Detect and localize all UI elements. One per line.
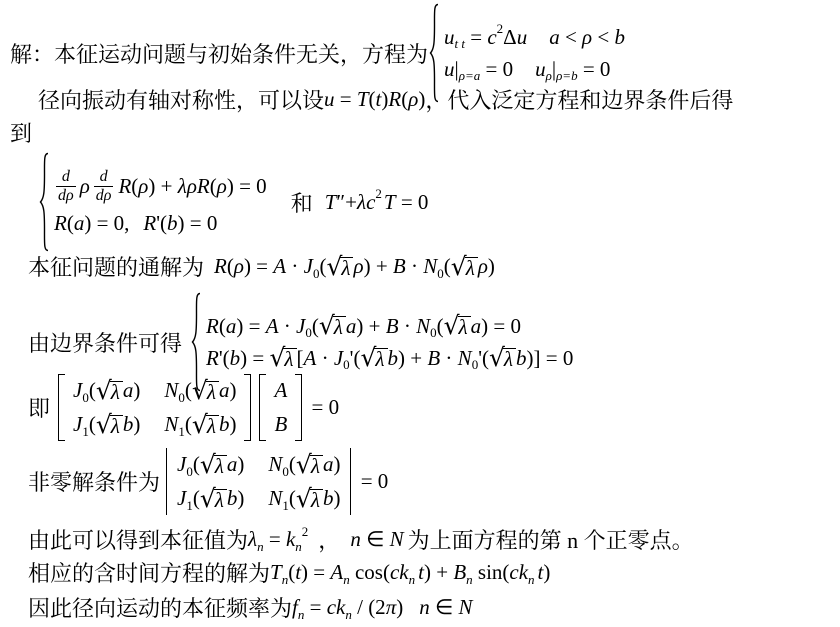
equation-row: ut t = c2Δua < ρ < b xyxy=(444,25,625,50)
matrix-cells: J0(√λa)N0(√λa)J1(√λb)N1(√λb) xyxy=(169,448,348,515)
text-run: 由边界条件可得 xyxy=(28,327,182,358)
math-variable: u xyxy=(324,87,335,112)
subscript: 0 xyxy=(82,390,89,406)
separation-of-variables-line: 径向振动有轴对称性，可以设u = T(t)R(ρ)，代入泛定方程和边界条件后得 xyxy=(38,84,733,115)
math-run: ( xyxy=(288,560,295,585)
math-run: = 0 xyxy=(480,57,513,82)
math-variable: J xyxy=(177,486,186,511)
radical: √λ xyxy=(269,347,296,369)
math-run: < xyxy=(560,25,582,50)
math-variable: u xyxy=(444,57,455,82)
general-solution-line: 本征问题的通解为R(ρ) = A · J0(√λρ) + B · N0(√λρ) xyxy=(28,251,495,282)
matrix-cell: J0(√λa) xyxy=(73,378,140,403)
math-variable: ck xyxy=(390,560,409,585)
subscript: ρ xyxy=(546,68,552,84)
math-variable: B xyxy=(386,314,399,339)
subscript: ρ=b xyxy=(556,68,578,84)
math-variable: a xyxy=(123,378,134,403)
math-variable: R xyxy=(206,346,219,371)
subscript: n xyxy=(282,572,289,588)
math-run: [ xyxy=(297,346,304,371)
determinant: J0(√λa)N0(√λa)J1(√λb)N1(√λb) xyxy=(166,448,351,515)
spacer xyxy=(267,202,291,203)
radical: √λ xyxy=(319,315,346,337)
subscript: 1 xyxy=(282,498,289,514)
radical: √λ xyxy=(489,347,516,369)
matrix-cell: J1(√λb) xyxy=(73,412,140,437)
radicand: λ xyxy=(458,316,471,337)
math-variable: ρ xyxy=(80,174,90,199)
math-run: Δ xyxy=(503,25,517,50)
math-run: ∈ xyxy=(361,527,390,552)
math-run: ( xyxy=(185,412,192,437)
math-variable: ck xyxy=(327,595,346,620)
math-run: ) = xyxy=(236,314,265,339)
cases-block: ddρρddρR(ρ) + λρR(ρ) = 0R(a) = 0,R'(b) =… xyxy=(38,152,267,252)
subscript: n xyxy=(298,607,305,623)
math-run: ) xyxy=(396,595,403,620)
text-run: 即 xyxy=(28,392,50,423)
math-run: ) xyxy=(333,452,340,477)
matrix-cell: N1(√λb) xyxy=(164,412,236,437)
matrix-right-delimiter xyxy=(295,374,302,441)
math-variable: T xyxy=(384,190,396,215)
math-variable: A xyxy=(274,378,287,403)
superscript: 2 xyxy=(375,186,382,202)
text-run: 非零解条件为 xyxy=(28,466,160,497)
math-variable: R xyxy=(214,254,227,279)
math-variable: A xyxy=(330,560,343,585)
math-run: ) xyxy=(133,378,140,403)
math-variable: n xyxy=(419,595,430,620)
math-run: ( xyxy=(369,87,376,112)
math-run: ( xyxy=(89,378,96,403)
math-run: '( xyxy=(156,211,167,236)
subscript: 0 xyxy=(430,325,437,341)
matrix-right-delimiter xyxy=(348,448,351,515)
radical: √λ xyxy=(360,347,387,369)
math-run: < xyxy=(592,25,614,50)
math-variable: N xyxy=(268,486,282,511)
math-run: ) xyxy=(333,486,340,511)
math-variable: J xyxy=(177,452,186,477)
subscript: n xyxy=(257,539,264,555)
math-variable: a xyxy=(549,25,560,50)
radical: √λ xyxy=(96,414,123,436)
math-variable: R xyxy=(206,314,219,339)
radicand: λ xyxy=(206,415,219,436)
spacer xyxy=(403,607,419,608)
math-run: ( xyxy=(193,452,200,477)
math-run: = xyxy=(335,87,357,112)
text-run: 解：本征运动问题与初始条件无关，方程为 xyxy=(10,38,428,69)
math-run: ( xyxy=(89,412,96,437)
equation-row: u|ρ=a = 0uρ|ρ=b = 0 xyxy=(444,57,610,82)
math-run: ) xyxy=(418,87,425,112)
math-run: ) xyxy=(543,560,550,585)
math-run: '( xyxy=(478,346,489,371)
radicand: λ xyxy=(333,316,346,337)
subscript: 0 xyxy=(178,390,185,406)
math-run: ) xyxy=(229,412,236,437)
math-run: · xyxy=(406,254,424,279)
math-run: · xyxy=(286,254,304,279)
math-variable: J xyxy=(73,412,82,437)
equation-row: R(a) = 0,R'(b) = 0 xyxy=(54,211,217,236)
equation-row: ddρρddρR(ρ) + λρR(ρ) = 0 xyxy=(54,168,267,205)
math-variable: B xyxy=(393,254,406,279)
cases-rows: ddρρddρR(ρ) + λρR(ρ) = 0R(a) = 0,R'(b) =… xyxy=(50,168,267,237)
math-variable: N xyxy=(268,452,282,477)
subscript: 0 xyxy=(472,357,479,373)
subscript: 0 xyxy=(305,325,312,341)
math-run: = xyxy=(465,25,487,50)
spacer xyxy=(129,223,143,224)
fraction-numerator: d xyxy=(62,168,70,186)
superscript: 2 xyxy=(302,524,309,540)
matrix-cell: B xyxy=(274,412,287,437)
fraction-denominator: dρ xyxy=(56,186,76,205)
subscript: 0 xyxy=(343,357,350,373)
subscript: ρ=a xyxy=(459,68,481,84)
math-variable: R xyxy=(388,87,401,112)
math-variable: ρ xyxy=(217,174,227,199)
math-run: ) = 0 xyxy=(481,314,521,339)
math-variable: R xyxy=(54,211,67,236)
math-variable: N xyxy=(459,595,473,620)
math-variable: J xyxy=(334,346,343,371)
math-run: ( xyxy=(289,452,296,477)
eigenfrequency-line: 因此径向运动的本征频率为fn = ckn / (2π)n ∈ N xyxy=(28,592,473,623)
math-variable: T xyxy=(325,190,337,215)
text-run: ， xyxy=(318,524,340,555)
math-variable: A xyxy=(266,314,279,339)
spacer xyxy=(340,539,350,540)
math-variable: N xyxy=(390,527,404,552)
radicand: λ xyxy=(503,348,516,369)
math-variable: ck xyxy=(509,560,528,585)
text-run: 由此可以得到本征值为 xyxy=(28,524,248,555)
math-variable: B xyxy=(453,560,466,585)
math-variable: k xyxy=(286,527,295,552)
radicand: λ xyxy=(310,455,323,476)
text-run: 径向振动有轴对称性，可以设 xyxy=(38,84,324,115)
math-run: ) + xyxy=(398,346,427,371)
math-run: ( xyxy=(437,314,444,339)
curly-brace-icon xyxy=(38,152,50,252)
subscript: n xyxy=(345,607,352,623)
math-variable: J xyxy=(296,314,305,339)
radicand: λ xyxy=(206,381,219,402)
subscript: n xyxy=(343,572,350,588)
math-run: = 0 xyxy=(306,395,339,420)
math-run: = xyxy=(264,527,286,552)
math-variable: J xyxy=(73,378,82,403)
math-variable: n xyxy=(350,527,361,552)
math-run: ( xyxy=(444,254,451,279)
math-variable: R xyxy=(118,174,131,199)
math-run: · xyxy=(279,314,297,339)
math-variable: B xyxy=(274,412,287,437)
time-equation-solution-line: 相应的含时间方程的解为Tn(t) = An cos(cknt) + Bn sin… xyxy=(28,557,550,588)
math-variable: b xyxy=(516,346,527,371)
math-variable: a xyxy=(346,314,357,339)
math-variable: λ xyxy=(248,527,257,552)
math-run: )] = 0 xyxy=(527,346,574,371)
math-run: ) = xyxy=(301,560,330,585)
math-variable: N xyxy=(416,314,430,339)
radicand: λ xyxy=(214,455,227,476)
matrix-cell: A xyxy=(274,378,287,403)
radical: √λ xyxy=(200,488,227,510)
math-variable: T xyxy=(270,560,282,585)
spacer xyxy=(204,266,214,267)
spacer xyxy=(308,539,318,540)
math-variable: b xyxy=(388,346,399,371)
math-run: ( xyxy=(219,314,226,339)
math-run: ∈ xyxy=(430,595,459,620)
text-run: 为上面方程的第 n 个正零点。 xyxy=(408,524,694,555)
superscript: 2 xyxy=(497,21,504,37)
subscript: t t xyxy=(455,36,465,52)
matrix-left-delimiter xyxy=(259,374,266,441)
text-run: 到 xyxy=(10,117,32,148)
matrix-cell: J1(√λb) xyxy=(177,486,244,511)
math-run: ( xyxy=(319,254,326,279)
radicand: λ xyxy=(283,348,296,369)
spacer xyxy=(50,407,54,408)
math-run: ( xyxy=(227,254,234,279)
math-run: = 0 xyxy=(396,190,429,215)
radicand: λ xyxy=(310,489,323,510)
determinant-condition-block: 非零解条件为J0(√λa)N0(√λa)J1(√λb)N1(√λb) = 0 xyxy=(28,448,388,515)
math-run: ″+ xyxy=(336,190,357,215)
math-run: ) + xyxy=(424,560,453,585)
math-variable: b xyxy=(323,486,334,511)
matrix: J0(√λa)N0(√λa)J1(√λb)N1(√λb) xyxy=(58,374,251,441)
math-variable: u xyxy=(535,57,546,82)
radical: √λ xyxy=(200,454,227,476)
radical: √λ xyxy=(444,315,471,337)
math-variable: A xyxy=(304,346,317,371)
subscript: 0 xyxy=(437,266,444,282)
subscript: n xyxy=(409,572,416,588)
document-page: { "page": { "background": "#ffffff", "te… xyxy=(0,0,840,627)
math-variable: a xyxy=(219,378,230,403)
subscript: 0 xyxy=(313,266,320,282)
spacer xyxy=(182,342,190,343)
radicand: λ xyxy=(465,257,478,278)
math-variable: R xyxy=(143,211,156,236)
cases-rows: R(a) = A · J0(√λa) + B · N0(√λa) = 0R'(b… xyxy=(202,314,573,371)
math-variable: a xyxy=(226,314,237,339)
text-run: 相应的含时间方程的解为 xyxy=(28,557,270,588)
subscript: n xyxy=(528,572,535,588)
math-variable: ρ xyxy=(353,254,363,279)
math-run: ) = 0 xyxy=(178,211,218,236)
radical: √λ xyxy=(192,414,219,436)
spacer xyxy=(160,481,162,482)
subscript: n xyxy=(466,572,473,588)
subscript: 1 xyxy=(186,498,193,514)
text-run: 因此径向运动的本征频率为 xyxy=(28,592,292,623)
matrix-cells: J0(√λa)N0(√λa)J1(√λb)N1(√λb) xyxy=(65,374,244,441)
math-run: '( xyxy=(350,346,361,371)
math-run: ) xyxy=(237,452,244,477)
math-variable: N xyxy=(423,254,437,279)
math-variable: u xyxy=(517,25,528,50)
eigenvalue-line: 由此可以得到本征值为λn = kn2，n ∈ N为上面方程的第 n 个正零点。 xyxy=(28,524,694,555)
math-run: ( xyxy=(312,314,319,339)
radical: √λ xyxy=(451,256,478,278)
math-variable: a xyxy=(471,314,482,339)
radicand: λ xyxy=(214,489,227,510)
math-run: ) xyxy=(133,412,140,437)
math-variable: ρ xyxy=(234,254,244,279)
math-variable: b xyxy=(614,25,625,50)
math-variable: ρ xyxy=(478,254,488,279)
matrix-cell: J0(√λa) xyxy=(177,452,244,477)
math-variable: c xyxy=(487,25,496,50)
spacer xyxy=(527,37,549,38)
math-variable: A xyxy=(273,254,286,279)
text-run: 和 xyxy=(291,187,313,218)
math-run: = 0 xyxy=(578,57,611,82)
radical: √λ xyxy=(192,380,219,402)
radical: √λ xyxy=(296,488,323,510)
math-variable: T xyxy=(357,87,369,112)
math-run: ( xyxy=(67,211,74,236)
math-run: ) + xyxy=(364,254,393,279)
math-variable: N xyxy=(458,346,472,371)
math-variable: b xyxy=(219,412,230,437)
subscript: 0 xyxy=(186,464,193,480)
math-variable: u xyxy=(444,25,455,50)
matrix-cell: N0(√λa) xyxy=(268,452,340,477)
math-variable: b xyxy=(167,211,178,236)
fraction-numerator: d xyxy=(100,168,108,186)
math-run: ( xyxy=(210,174,217,199)
subscript: n xyxy=(295,539,302,555)
text-run: 本征问题的通解为 xyxy=(28,251,204,282)
math-variable: b xyxy=(230,346,241,371)
radical: √λ xyxy=(96,380,123,402)
fraction: ddρ xyxy=(94,168,114,205)
radical: √λ xyxy=(296,454,323,476)
text-run: ，代入泛定方程和边界条件后得 xyxy=(425,84,733,115)
separated-ode-system-block: ddρρddρR(ρ) + λρR(ρ) = 0R(a) = 0,R'(b) =… xyxy=(38,152,428,252)
math-run: ) + xyxy=(148,174,177,199)
matrix-left-delimiter xyxy=(58,374,65,441)
math-run: ) = 0 xyxy=(227,174,267,199)
math-variable: b xyxy=(227,486,238,511)
math-run: ) + xyxy=(356,314,385,339)
math-variable: b xyxy=(123,412,134,437)
dao-continuation-line: 到 xyxy=(10,117,32,148)
math-variable: J xyxy=(304,254,313,279)
math-run: ( xyxy=(289,486,296,511)
matrix: AB xyxy=(259,374,302,441)
math-run: ) xyxy=(237,486,244,511)
math-variable: ρ xyxy=(408,87,418,112)
math-variable: ρ xyxy=(138,174,148,199)
math-variable: a xyxy=(323,452,334,477)
fraction-denominator: dρ xyxy=(94,186,114,205)
spacer xyxy=(313,202,325,203)
math-run: · xyxy=(440,346,458,371)
math-run: = 0 xyxy=(355,469,388,494)
radicand: λ xyxy=(374,348,387,369)
math-run: ( xyxy=(185,378,192,403)
math-variable: λc xyxy=(357,190,375,215)
math-variable: a xyxy=(227,452,238,477)
radicand: λ xyxy=(340,257,353,278)
math-variable: a xyxy=(74,211,85,236)
math-variable: π xyxy=(386,595,397,620)
math-run: cos( xyxy=(350,560,390,585)
math-variable: ρ xyxy=(582,25,592,50)
spacer xyxy=(513,69,535,70)
math-run: · xyxy=(399,314,417,339)
radical: √λ xyxy=(326,256,353,278)
math-run: ) xyxy=(229,378,236,403)
radicand: λ xyxy=(110,381,123,402)
math-variable: B xyxy=(427,346,440,371)
math-run: · xyxy=(316,346,334,371)
math-run: ) = 0, xyxy=(84,211,129,236)
matrix-cell: N1(√λb) xyxy=(268,486,340,511)
equation-row: R(a) = A · J0(√λa) + B · N0(√λa) = 0 xyxy=(206,314,521,339)
math-run: ( xyxy=(193,486,200,511)
math-run: ) = xyxy=(244,254,273,279)
math-run: ) xyxy=(488,254,495,279)
math-variable: λρR xyxy=(178,174,210,199)
math-run: = xyxy=(304,595,326,620)
subscript: 1 xyxy=(82,424,89,440)
matrix-cell: N0(√λa) xyxy=(164,378,236,403)
math-run: ) = xyxy=(240,346,269,371)
cases-rows: ut t = c2Δua < ρ < bu|ρ=a = 0uρ|ρ=b = 0 xyxy=(440,25,625,82)
math-variable: N xyxy=(164,412,178,437)
subscript: 1 xyxy=(178,424,185,440)
subscript: 0 xyxy=(282,464,289,480)
spacer xyxy=(90,186,92,187)
matrix-right-delimiter xyxy=(244,374,251,441)
matrix-equation-block: 即J0(√λa)N0(√λa)J1(√λb)N1(√λb)AB = 0 xyxy=(28,374,339,441)
math-run: '( xyxy=(219,346,230,371)
matrix-cells: AB xyxy=(266,374,295,441)
math-variable: N xyxy=(164,378,178,403)
radicand: λ xyxy=(110,415,123,436)
math-run: / (2 xyxy=(352,595,386,620)
fraction: ddρ xyxy=(56,168,76,205)
equation-row: R'(b) = √λ[A · J0'(√λb) + B · N0'(√λb)] … xyxy=(206,346,573,371)
math-run: sin( xyxy=(473,560,510,585)
